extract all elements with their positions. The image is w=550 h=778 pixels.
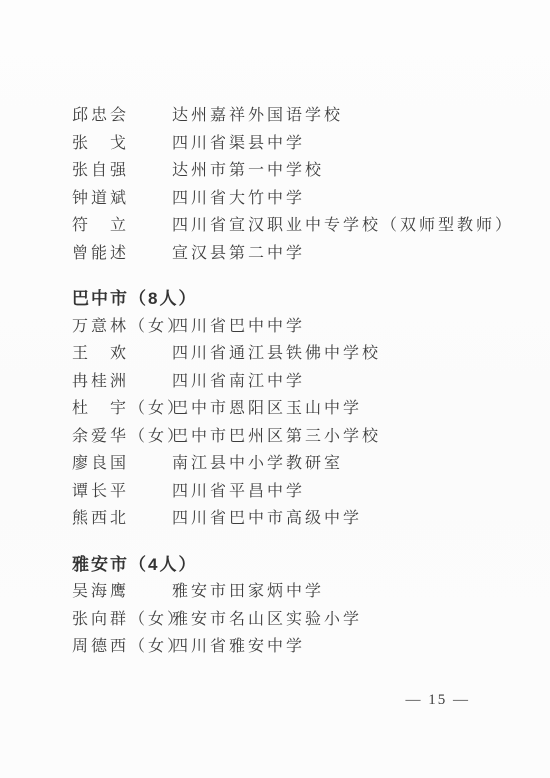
school-name: 四川省巴中市高级中学 bbox=[172, 505, 514, 528]
teacher-name: 万意林（女） bbox=[72, 313, 172, 336]
school-name: 四川省巴中中学 bbox=[172, 313, 514, 336]
school-name: 四川省平昌中学 bbox=[172, 478, 514, 501]
teacher-name: 钟道斌 bbox=[72, 185, 172, 208]
section-header: 雅安市（4人） bbox=[72, 549, 514, 577]
list-item: 杜 宇（女） 巴中市恩阳区玉山中学 bbox=[72, 393, 514, 421]
section-body: 吴海鹰 雅安市田家炳中学 张向群（女） 雅安市名山区实验小学 周德西（女） 四川… bbox=[72, 576, 514, 659]
teacher-name: 符 立 bbox=[72, 212, 172, 235]
school-name: 四川省宣汉职业中专学校（双师型教师） bbox=[172, 212, 514, 235]
list-item: 冉桂洲 四川省南江中学 bbox=[72, 366, 514, 394]
teacher-name: 张向群（女） bbox=[72, 606, 172, 629]
school-name: 达州市第一中学校 bbox=[172, 157, 514, 180]
teacher-name: 张 戈 bbox=[72, 130, 172, 153]
list-item: 曾能述 宣汉县第二中学 bbox=[72, 238, 514, 266]
teacher-name: 余爱华（女） bbox=[72, 423, 172, 446]
page-number: — 15 — bbox=[406, 692, 471, 709]
teacher-name: 曾能述 bbox=[72, 240, 172, 263]
list-item: 余爱华（女） 巴中市巴州区第三小学校 bbox=[72, 421, 514, 449]
section-body: 邱忠会 达州嘉祥外国语学校 张 戈 四川省渠县中学 张自强 达州市第一中学校 钟… bbox=[72, 100, 514, 265]
teacher-name: 周德西（女） bbox=[72, 633, 172, 656]
list-item: 张向群（女） 雅安市名山区实验小学 bbox=[72, 604, 514, 632]
school-name: 巴中市恩阳区玉山中学 bbox=[172, 395, 514, 418]
section-header: 巴中市（8人） bbox=[72, 283, 514, 311]
school-name: 四川省雅安中学 bbox=[172, 633, 514, 656]
teacher-name: 廖良国 bbox=[72, 450, 172, 473]
list-item: 熊西北 四川省巴中市高级中学 bbox=[72, 503, 514, 531]
list-item: 万意林（女） 四川省巴中中学 bbox=[72, 311, 514, 339]
roster-section: 巴中市（8人） 万意林（女） 四川省巴中中学 王 欢 四川省通江县铁佛中学校 冉… bbox=[72, 283, 514, 531]
school-name: 巴中市巴州区第三小学校 bbox=[172, 423, 514, 446]
school-name: 达州嘉祥外国语学校 bbox=[172, 102, 514, 125]
list-item: 王 欢 四川省通江县铁佛中学校 bbox=[72, 338, 514, 366]
teacher-name: 邱忠会 bbox=[72, 102, 172, 125]
list-item: 周德西（女） 四川省雅安中学 bbox=[72, 631, 514, 659]
list-item: 符 立 四川省宣汉职业中专学校（双师型教师） bbox=[72, 210, 514, 238]
teacher-name: 冉桂洲 bbox=[72, 368, 172, 391]
list-item: 钟道斌 四川省大竹中学 bbox=[72, 183, 514, 211]
roster-section: 雅安市（4人） 吴海鹰 雅安市田家炳中学 张向群（女） 雅安市名山区实验小学 周… bbox=[72, 549, 514, 659]
school-name: 宣汉县第二中学 bbox=[172, 240, 514, 263]
sections: 邱忠会 达州嘉祥外国语学校 张 戈 四川省渠县中学 张自强 达州市第一中学校 钟… bbox=[72, 100, 514, 659]
list-item: 张自强 达州市第一中学校 bbox=[72, 155, 514, 183]
school-name: 雅安市名山区实验小学 bbox=[172, 606, 514, 629]
list-item: 张 戈 四川省渠县中学 bbox=[72, 128, 514, 156]
school-name: 四川省大竹中学 bbox=[172, 185, 514, 208]
school-name: 雅安市田家炳中学 bbox=[172, 578, 514, 601]
list-item: 谭长平 四川省平昌中学 bbox=[72, 476, 514, 504]
teacher-name: 张自强 bbox=[72, 157, 172, 180]
roster-section: 邱忠会 达州嘉祥外国语学校 张 戈 四川省渠县中学 张自强 达州市第一中学校 钟… bbox=[72, 100, 514, 265]
school-name: 四川省南江中学 bbox=[172, 368, 514, 391]
teacher-name: 王 欢 bbox=[72, 340, 172, 363]
section-body: 万意林（女） 四川省巴中中学 王 欢 四川省通江县铁佛中学校 冉桂洲 四川省南江… bbox=[72, 311, 514, 531]
document-page: 邱忠会 达州嘉祥外国语学校 张 戈 四川省渠县中学 张自强 达州市第一中学校 钟… bbox=[0, 0, 550, 778]
list-item: 吴海鹰 雅安市田家炳中学 bbox=[72, 576, 514, 604]
list-item: 廖良国 南江县中小学教研室 bbox=[72, 448, 514, 476]
list-item: 邱忠会 达州嘉祥外国语学校 bbox=[72, 100, 514, 128]
teacher-name: 谭长平 bbox=[72, 478, 172, 501]
teacher-name: 杜 宇（女） bbox=[72, 395, 172, 418]
teacher-name: 熊西北 bbox=[72, 505, 172, 528]
school-name: 南江县中小学教研室 bbox=[172, 450, 514, 473]
school-name: 四川省通江县铁佛中学校 bbox=[172, 340, 514, 363]
school-name: 四川省渠县中学 bbox=[172, 130, 514, 153]
teacher-name: 吴海鹰 bbox=[72, 578, 172, 601]
